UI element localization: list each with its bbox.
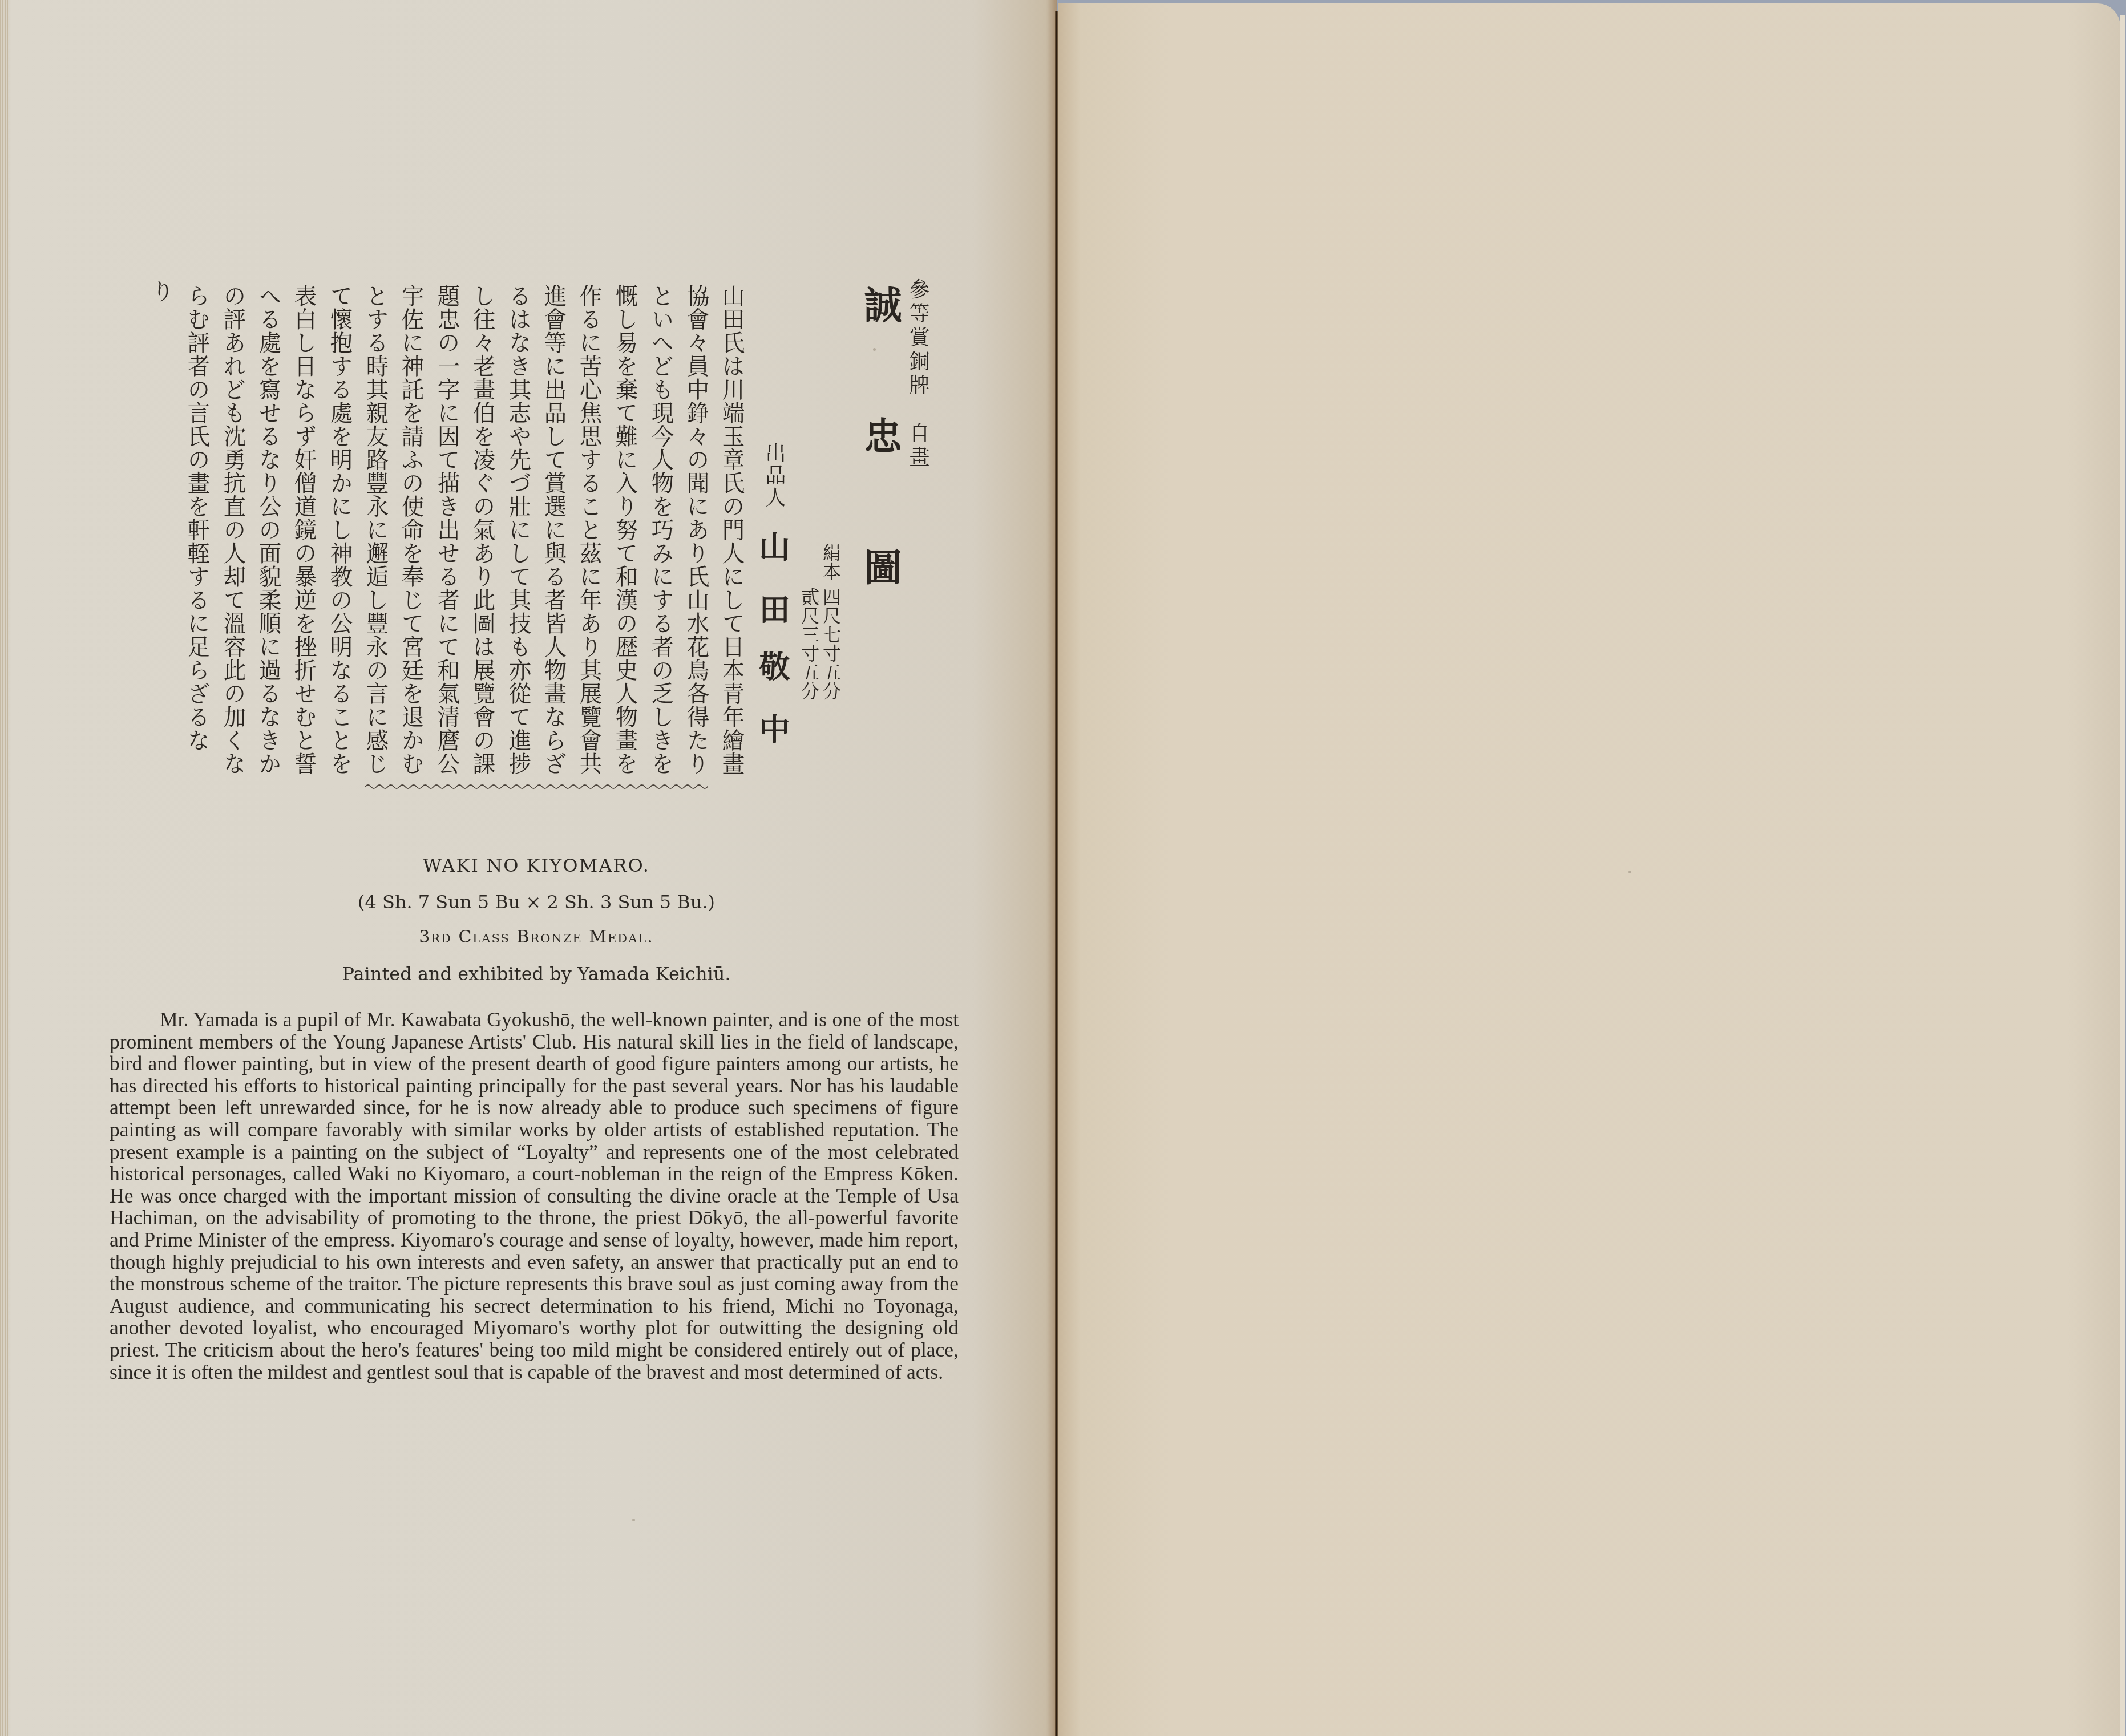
jp-body-column: といへども現今人物を巧みにする者の乏しきを	[649, 284, 672, 775]
jp-body-column: り	[149, 280, 172, 303]
size-label: 絹本	[822, 543, 840, 581]
english-title: WAKI NO KIYOMARO.	[171, 855, 902, 876]
jp-body-column: 山田氏は川端玉章氏の門人にして日本青年繪畫	[720, 284, 743, 775]
jp-body-column: 題忠の一字に因て描き出せる者にて和氣清麿公	[435, 284, 458, 775]
artist-name-char-2: 田	[757, 593, 787, 624]
english-description: Mr. Yamada is a pupil of Mr. Kawabata Gy…	[110, 1009, 959, 1383]
size-line-1: 四尺七寸五分	[822, 588, 840, 701]
jp-body-column: らむ評者の言氏の畫を軒輊するに足らざるな	[185, 284, 208, 752]
artist-name-char-1: 山	[757, 531, 787, 561]
jp-body-column: 協會々員中錚々の聞にあり氏山水花鳥各得たり	[685, 284, 708, 775]
jp-body-column: 宇佐に神託を請ふの使命を奉じて宮廷を退かむ	[399, 284, 422, 775]
jp-body-column: 慨し易を棄て難に入り努て和漢の歴史人物畫を	[613, 284, 636, 775]
paper-speck	[1628, 871, 1631, 873]
paper-speck	[873, 348, 876, 351]
page-stack-edge	[0, 0, 8, 1736]
jp-body-column: の評あれども沈勇抗直の人却て溫容此の加くな	[221, 284, 244, 775]
jp-body-column: て懷抱する處を明かにし神教の公明なることを	[328, 284, 351, 775]
award-line: 參等賞銅牌 自畫	[907, 278, 928, 470]
artist-name-char-3: 敬	[757, 650, 787, 681]
artist-name-char-4: 中	[757, 713, 787, 744]
jp-title-char-1: 誠	[860, 285, 898, 323]
jp-body-column: 作るに苦心焦思すること茲に年あり其展覽會共	[577, 284, 600, 775]
jp-body-column: 表白し日ならず奸僧道鏡の暴逆を挫折せむと誓	[292, 284, 315, 775]
english-dimensions: (4 Sh. 7 Sun 5 Bu × 2 Sh. 3 Sun 5 Bu.)	[171, 891, 902, 913]
jp-body-column: し往々老畫伯を凌ぐの氣あり此圖は展覽會の課	[471, 284, 494, 775]
page-stack-edge	[2120, 15, 2125, 1736]
right-page-blank	[1058, 3, 2120, 1736]
jp-body-column: るはなき其志や先づ壯にして其技も亦從て進捗	[507, 284, 530, 775]
jp-title-char-2: 忠	[860, 416, 898, 454]
jp-body-column: 進會等に出品して賞選に與る者皆人物畫ならざ	[542, 284, 565, 775]
english-credit: Painted and exhibited by Yamada Keichiū.	[171, 963, 902, 985]
wavy-divider	[365, 783, 708, 791]
jp-title-char-3: 圖	[860, 548, 898, 585]
left-page: 參等賞銅牌 自畫 誠 忠 圖 絹本 四尺七寸五分 貳尺三寸五分 出品人 山 田 …	[0, 0, 1057, 1736]
english-body-paragraph: Mr. Yamada is a pupil of Mr. Kawabata Gy…	[110, 1009, 959, 1383]
artist-label: 出品人	[763, 442, 784, 509]
jp-body-column: とする時其親友路豐永に邂逅し豐永の言に感じ	[364, 284, 387, 775]
paper-speck	[632, 1519, 635, 1521]
jp-body-column: へる處を寫せるなり公の面貌柔順に過るなきか	[257, 284, 280, 775]
english-award: 3rd Class Bronze Medal.	[171, 927, 902, 947]
size-line-2: 貳尺三寸五分	[800, 588, 818, 701]
